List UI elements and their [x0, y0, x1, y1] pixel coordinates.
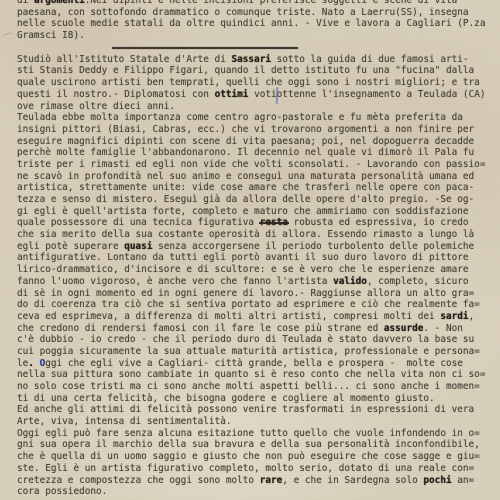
typed-text: do di coerenza tra ciò che si sentiva po… [17, 299, 480, 310]
typed-text: quale possessore di una tecnica figurati… [17, 217, 260, 228]
typed-text: votiottenne l'insegnamento a Teulada (CA… [248, 89, 485, 100]
typed-line: le. Oggi che egli vive a Cagliari- città… [17, 358, 496, 370]
typed-line: di sè in ogni momento ed in ogni genere … [17, 288, 496, 300]
typed-line: Ed anche gli attimi di felicità possono … [17, 404, 496, 416]
typed-line: no solo cose tristi ma ci sono anche mol… [17, 381, 496, 393]
typed-line: di argomenti.Nei dipinti e nelle incisio… [17, 0, 496, 7]
typed-line: c'è dubbio - io credo - che il periodo d… [17, 334, 496, 346]
typed-line: che credono di rendersi famosi con il fa… [17, 323, 496, 335]
typed-line: cretezza e compostezza che oggi sono mol… [17, 475, 496, 487]
typed-text: egli potè superare [17, 241, 124, 252]
overstruck-text: Sassari [231, 54, 271, 65]
overstruck-text: argomenti [34, 0, 85, 6]
typed-line: triste per i rimasti ed egli non vide ch… [17, 159, 496, 171]
typed-line: Arte, viva, intensa di sentimentalità. [17, 416, 496, 428]
overstruck-text: rare [260, 475, 283, 486]
overstruck-text: sardi [440, 311, 468, 322]
typed-text: di [17, 0, 34, 6]
typed-line: fanno l'uomo vigoroso, è anche vero che … [17, 276, 496, 288]
typed-text: paesana, con sottofondo drammatico o com… [17, 7, 469, 18]
typed-text: triste per i rimasti ed egli non vide ch… [17, 159, 485, 170]
typed-line: nella sua pittura sono cambiate in quant… [17, 369, 496, 381]
overstruck-text: valido [333, 276, 367, 287]
typed-line: tezza e senso di mistero. Eseguì già da … [17, 194, 496, 206]
typed-text: Oggi egli può fare senza alcuna esitazio… [17, 428, 480, 439]
typed-line: nelle scuole medie statali da oltre quin… [17, 18, 496, 30]
typed-line: gni sua opera il marchio della sua bravu… [17, 439, 496, 451]
typed-text: senza accorgersene il periodo turbolento… [152, 241, 474, 252]
typed-text: no solo cose tristi ma ci sono anche mol… [17, 381, 480, 392]
typed-text-block: di argomenti.Nei dipinti e nelle incisio… [17, 0, 496, 498]
typed-text: , [469, 311, 475, 322]
typed-text: antifigurative. Lontano da tutti egli po… [17, 252, 469, 263]
typed-text: eseguire magnifici dipinti con scene di … [17, 136, 474, 147]
typed-text: gni sua opera il marchio della sua bravu… [17, 439, 480, 450]
typed-line: do di coerenza tra ciò che si sentiva po… [17, 299, 496, 311]
typed-line: questi il nostro.- Diplomatosi con ottim… [17, 89, 496, 101]
typed-text: le [17, 358, 28, 369]
scanned-typewritten-page: di argomenti.Nei dipinti e nelle incisio… [0, 0, 500, 500]
typed-text: nella sua pittura sono cambiate in quant… [17, 369, 485, 380]
typed-text: . - Non [423, 323, 463, 334]
typed-line: Oggi egli può fare senza alcuna esitazio… [17, 428, 496, 440]
typed-text: lirico-drammatico, d'incisore e di scult… [17, 264, 469, 275]
typed-text: cora possiedono. [17, 486, 107, 497]
typed-text: Arte, viva, intensa di sentimentalità. [17, 416, 231, 427]
overstruck-text: assurde [384, 323, 424, 334]
typed-line: gi egli è quell'artista forte, completo … [17, 206, 496, 218]
typed-text: quale uscirono artisti ben temprati, que… [17, 77, 480, 88]
typed-text: cretezza e compostezza che oggi sono mol… [17, 475, 260, 486]
typed-text: perchè molte famiglie l'abbandonarono. I… [17, 147, 474, 158]
typed-text: an= [452, 475, 475, 486]
typed-line: Teulada ebbe molta importanza come centr… [17, 112, 496, 124]
typed-line: ne scavò in profondità nel suo animo e c… [17, 171, 496, 183]
typed-line: cui poggia sicuramente la sua attuale ma… [17, 346, 496, 358]
typed-text: nelle scuole medie statali da oltre quin… [17, 18, 485, 29]
typed-text: insigni pittori (Biasi, Cabras, ecc.) ch… [17, 124, 474, 135]
typed-line: Gramsci I8). [17, 30, 496, 42]
typed-line: antifigurative. Lontano da tutti egli po… [17, 252, 496, 264]
typed-text: artistica, strettamente unite: vide cose… [17, 182, 474, 193]
typed-text: ne scavò in profondità nel suo animo e c… [17, 171, 474, 182]
typed-line: egli potè superare quasi senza accorgers… [17, 241, 496, 253]
typed-line: cora possiedono. [17, 486, 496, 498]
typed-text: .Nei dipinti e nelle incisioni preferisc… [85, 0, 458, 6]
typed-line: ceva ed esprimeva, a differenza di molti… [17, 311, 496, 323]
typed-line: quale possessore di una tecnica figurati… [17, 217, 496, 229]
overstruck-text: pochi [423, 475, 451, 486]
pencil-mark [1, 32, 13, 41]
typed-line: ste. Egli è un artista figurativo comple… [17, 463, 496, 475]
typed-text: che sia merito della sua costante operos… [17, 229, 474, 240]
typed-text: ti di una certa felicità, che bisogna go… [17, 393, 435, 404]
typed-text: questi il nostro.- Diplomatosi con [17, 89, 215, 100]
typed-line: perchè molte famiglie l'abbandonarono. I… [17, 147, 496, 159]
typed-text: Gramsci I8). [17, 30, 85, 41]
typed-line: quale uscirono artisti ben temprati, que… [17, 77, 496, 89]
typed-line: artistica, strettamente unite: vide cose… [17, 182, 496, 194]
typed-line: eseguire magnifici dipinti con scene di … [17, 136, 496, 148]
typed-text: ceva ed esprimeva, a differenza di molti… [17, 311, 440, 322]
typed-line: insigni pittori (Biasi, Cabras, ecc.) ch… [17, 124, 496, 136]
typed-text: cui poggia sicuramente la sua attuale ma… [17, 346, 480, 357]
typed-line: ti di una certa felicità, che bisogna go… [17, 393, 496, 405]
struckout-word: resta [260, 217, 288, 229]
typed-text: che credono di rendersi famosi con il fa… [17, 323, 384, 334]
typed-line: che è quella di un uomo saggio e giusto … [17, 451, 496, 463]
typed-text: ove rimase oltre dieci anni. [17, 101, 175, 112]
typed-text: che è quella di un uomo saggio e giusto … [17, 451, 480, 462]
typed-text: fanno l'uomo vigoroso, è anche vero che … [17, 276, 333, 287]
typed-text: Ed anche gli attimi di felicità possono … [17, 404, 474, 415]
section-divider-row [17, 42, 496, 54]
typed-text: Studiò all'Istituto Statale d'Arte di [17, 54, 231, 65]
typed-text: c'è dubbio - io credo - che il periodo d… [17, 334, 474, 345]
typed-text: tezza e senso di mistero. Eseguì già da … [17, 194, 474, 205]
typed-line: Studiò all'Istituto Statale d'Arte di Sa… [17, 54, 496, 66]
typed-text: ggi che egli vive a Cagliari- città gran… [45, 358, 463, 369]
typed-line: lirico-drammatico, d'incisore e di scult… [17, 264, 496, 276]
overstruck-text: ottimi [215, 89, 249, 100]
typed-text: gi egli è quell'artista forte, completo … [17, 206, 469, 217]
typed-text: sotto la guida di due famosi arti- [271, 54, 469, 65]
overstruck-text: quasi [124, 241, 152, 252]
typed-line: ove rimase oltre dieci anni. [17, 101, 496, 113]
typed-text: robusta ed espressiva, io credo [288, 217, 469, 228]
typed-text: , completo, sicuro [367, 276, 469, 287]
typed-line: che sia merito della sua costante operos… [17, 229, 496, 241]
typed-line: sti Stanis Deddy e Filippo Figari, quand… [17, 65, 496, 77]
typed-text: sti Stanis Deddy e Filippo Figari, quand… [17, 65, 474, 76]
typed-line: paesana, con sottofondo drammatico o com… [17, 7, 496, 19]
typed-divider-line [112, 47, 298, 49]
typed-text: ste. Egli è un artista figurativo comple… [17, 463, 474, 474]
typed-text: Teulada ebbe molta importanza come centr… [17, 112, 463, 123]
typed-text: di sè in ogni momento ed in ogni genere … [17, 288, 474, 299]
typed-text: , e che in Sardegna solo [282, 475, 423, 486]
